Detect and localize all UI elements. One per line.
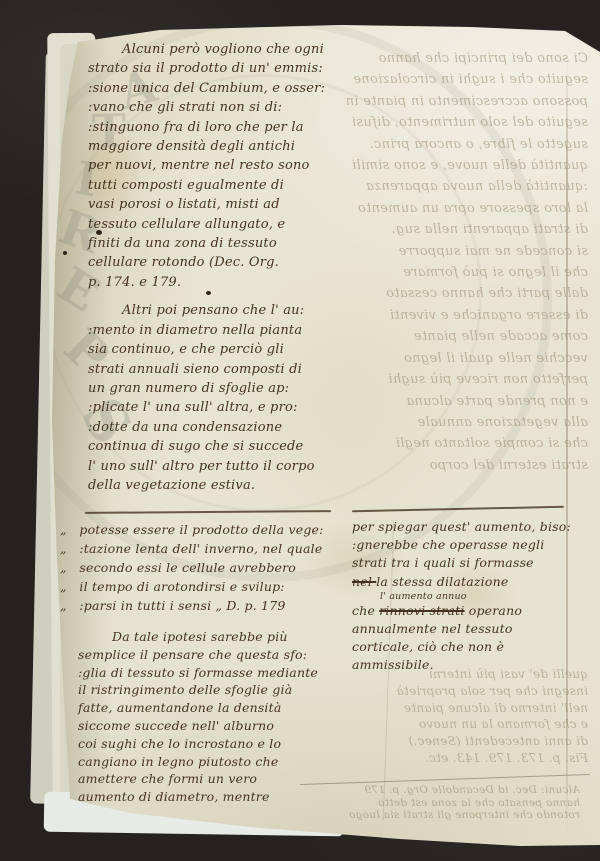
text-line: strati annuali sieno composti di [88, 360, 342, 379]
text-line: Fis. p. 173. 179. 143. etc. [336, 750, 588, 767]
text-line: di anni antecedenti (Senec.) [336, 733, 588, 750]
bottom-left-quoted-passage: „ potesse essere il prodotto della vege:… [60, 520, 346, 615]
paragraph-1: Alcuni però vogliono che ognistrato sia … [88, 40, 342, 292]
text-line: dalle parti che hanno cessato [330, 283, 588, 304]
text-line: di strati apparenti nella sug. [330, 219, 588, 240]
text-line: strati tra i quali si formasse [352, 554, 592, 572]
text-line: si concede ne mai supporre [330, 241, 588, 262]
text-line: l' uno sull' altro per tutto il corpo [88, 457, 342, 476]
text-line: „ secondo essi le cellule avrebbero [60, 558, 346, 577]
ink-blot [63, 251, 67, 255]
text-line: strato sia il prodotto di un' emmis: [88, 59, 342, 78]
ink-blot [96, 230, 102, 235]
text-line: sia continuo, e che perciò gli [88, 340, 342, 359]
bottom-right-paragraph: per spiegar quest' aumento, biso::gnereb… [352, 518, 592, 675]
text-line: quantità delle nuove, e sono simili [330, 155, 588, 176]
interline-correction: l' aumento annuo [380, 591, 467, 602]
text-line: p. 174. e 179. [88, 273, 342, 292]
text-line: semplice il pensare che questa sfo: [78, 646, 344, 664]
text-line: Altri poi pensano che l' au: [88, 301, 342, 320]
text-line: corticale, ciò che non è [352, 638, 592, 656]
text-line: „ :tazione lenta dell' inverno, nel qual… [60, 539, 346, 558]
text-line: Alcuni: Dec. id Decandolle Org. p. 179 [316, 784, 580, 797]
struck-out-text: nel [352, 574, 376, 589]
text-line: „ potesse essere il prodotto della vege: [60, 520, 346, 539]
text-line: Da tale ipotesi sarebbe più [78, 628, 344, 646]
verso-bleedthrough-bottom: Alcuni: Dec. id Decandolle Org. p. 179ha… [316, 784, 580, 822]
text-line: nell' interno di alcune piante [336, 700, 588, 717]
text-line: l' aumento annuo [352, 591, 592, 602]
text-line: cellulare rotondo (Dec. Org. [88, 253, 342, 272]
text-line: :sione unica del Cambium, e osser: [88, 79, 342, 98]
text-line: la loro spessore opra un aumento [330, 198, 588, 219]
text-line: perfetto non riceve più sughi [330, 369, 588, 390]
text-line: come accade nelle piante [330, 326, 588, 347]
ink-blot [236, 17, 240, 20]
verso-bleedthrough-mid: quelli de' vasi più interniinsegni che p… [336, 666, 588, 767]
text-line: annualmente nel tessuto [352, 620, 592, 638]
text-line: seguito che i sughi in circolazione [330, 69, 588, 90]
text-line: insegni che per sola proprietà [336, 683, 588, 700]
text-line: :gnerebbe che operasse negli [352, 536, 592, 554]
text-line: :stinguono fra di loro che per la [88, 118, 342, 137]
text-line: e che formano la un nuovo [336, 716, 588, 733]
text-line: seguito del solo nutrimento, difusi [330, 112, 588, 133]
verso-bleedthrough-top: Ci sono dei principi che hannoseguito ch… [330, 48, 588, 476]
text-line: che rinnovi strati operano [352, 602, 592, 620]
text-line: un gran numero di sfoglie ap: [88, 379, 342, 398]
text-line: di essere organiche e viventi [330, 305, 588, 326]
top-text-column: Alcuni però vogliono che ognistrato sia … [88, 40, 342, 495]
text-line: rotondo che interpone gli strati sia luo… [316, 809, 580, 822]
text-line: :plicate l' una sull' altra, e pro: [88, 398, 342, 417]
text-line: fatte, aumentandone la densità [78, 699, 344, 717]
text-line: hanno pensato che la zona est detto [316, 797, 580, 810]
text-line: e non prende parte alcuna [330, 391, 588, 412]
text-line: „ il tempo di arotondirsi e svilup: [60, 577, 346, 596]
text-line: per spiegar quest' aumento, biso: [352, 518, 592, 536]
text-line: :mento in diametro nella pianta [88, 321, 342, 340]
text-line: cangiano in legno piutosto che [78, 753, 344, 771]
text-line: „ :parsi in tutti i sensi „ D. p. 179 [60, 596, 346, 615]
paragraph-gap [88, 292, 342, 301]
manuscript-page: SPERITA Ci sono dei principi che hannose… [0, 0, 600, 861]
text-line: amettere che formi un vero [78, 770, 344, 788]
text-line: nel la stessa dilatazione [352, 573, 592, 591]
text-line: tutti composti egualmente di [88, 176, 342, 195]
text-line: della vegetazione estiva. [88, 476, 342, 495]
text-fragment: operano [465, 603, 523, 618]
text-line: :vano che gli strati non si di: [88, 98, 342, 117]
text-line: alla vegetazione annuale [330, 412, 588, 433]
text-line: sugetto le fibre, o ancora princ. [330, 134, 588, 155]
text-line: :dotte da una condensazione [88, 418, 342, 437]
text-line: vasi porosi o listati, misti ad [88, 195, 342, 214]
text-line: siccome succede nell' alburno [78, 717, 344, 735]
text-line: che si compie soltanto negli [330, 433, 588, 454]
text-line: possono accrescimento in piante in [330, 91, 588, 112]
ink-blot [206, 291, 211, 295]
scanned-manuscript-photo: SPERITA Ci sono dei principi che hannose… [0, 0, 600, 861]
paragraph-2: Altri poi pensano che l' au::mento in di… [88, 301, 342, 495]
text-line: che il legno si può formare [330, 262, 588, 283]
text-line: aumento di diametro, mentre [78, 788, 344, 806]
bottom-left-paragraph: Da tale ipotesi sarebbe piùsemplice il p… [78, 628, 344, 806]
text-line: Ci sono dei principi che hanno [330, 48, 588, 69]
text-fragment: la stessa dilatazione [376, 574, 508, 589]
text-line: vecchie nelle quali il legno [330, 348, 588, 369]
struck-out-text: rinnovi strati [379, 603, 464, 618]
text-line: coi sughi che lo incrostano e lo [78, 735, 344, 753]
text-line: maggiore densità degli antichi [88, 137, 342, 156]
text-line: strati esterni del corpo [330, 455, 588, 476]
text-line: :quantità della nuova apparenza [330, 176, 588, 197]
text-line: tessuto cellulare allungato, e [88, 215, 342, 234]
text-line: finiti da una zona di tessuto [88, 234, 342, 253]
text-line: Alcuni però vogliono che ogni [88, 40, 342, 59]
text-fragment: che [352, 603, 379, 618]
text-line: per nuovi, mentre nel resto sono [88, 156, 342, 175]
text-line: ammissibile. [352, 656, 592, 674]
text-line: :glia di tessuto si formasse mediante [78, 664, 344, 682]
text-line: continua di sugo che si succede [88, 437, 342, 456]
text-line: il ristringimento delle sfoglie già [78, 681, 344, 699]
